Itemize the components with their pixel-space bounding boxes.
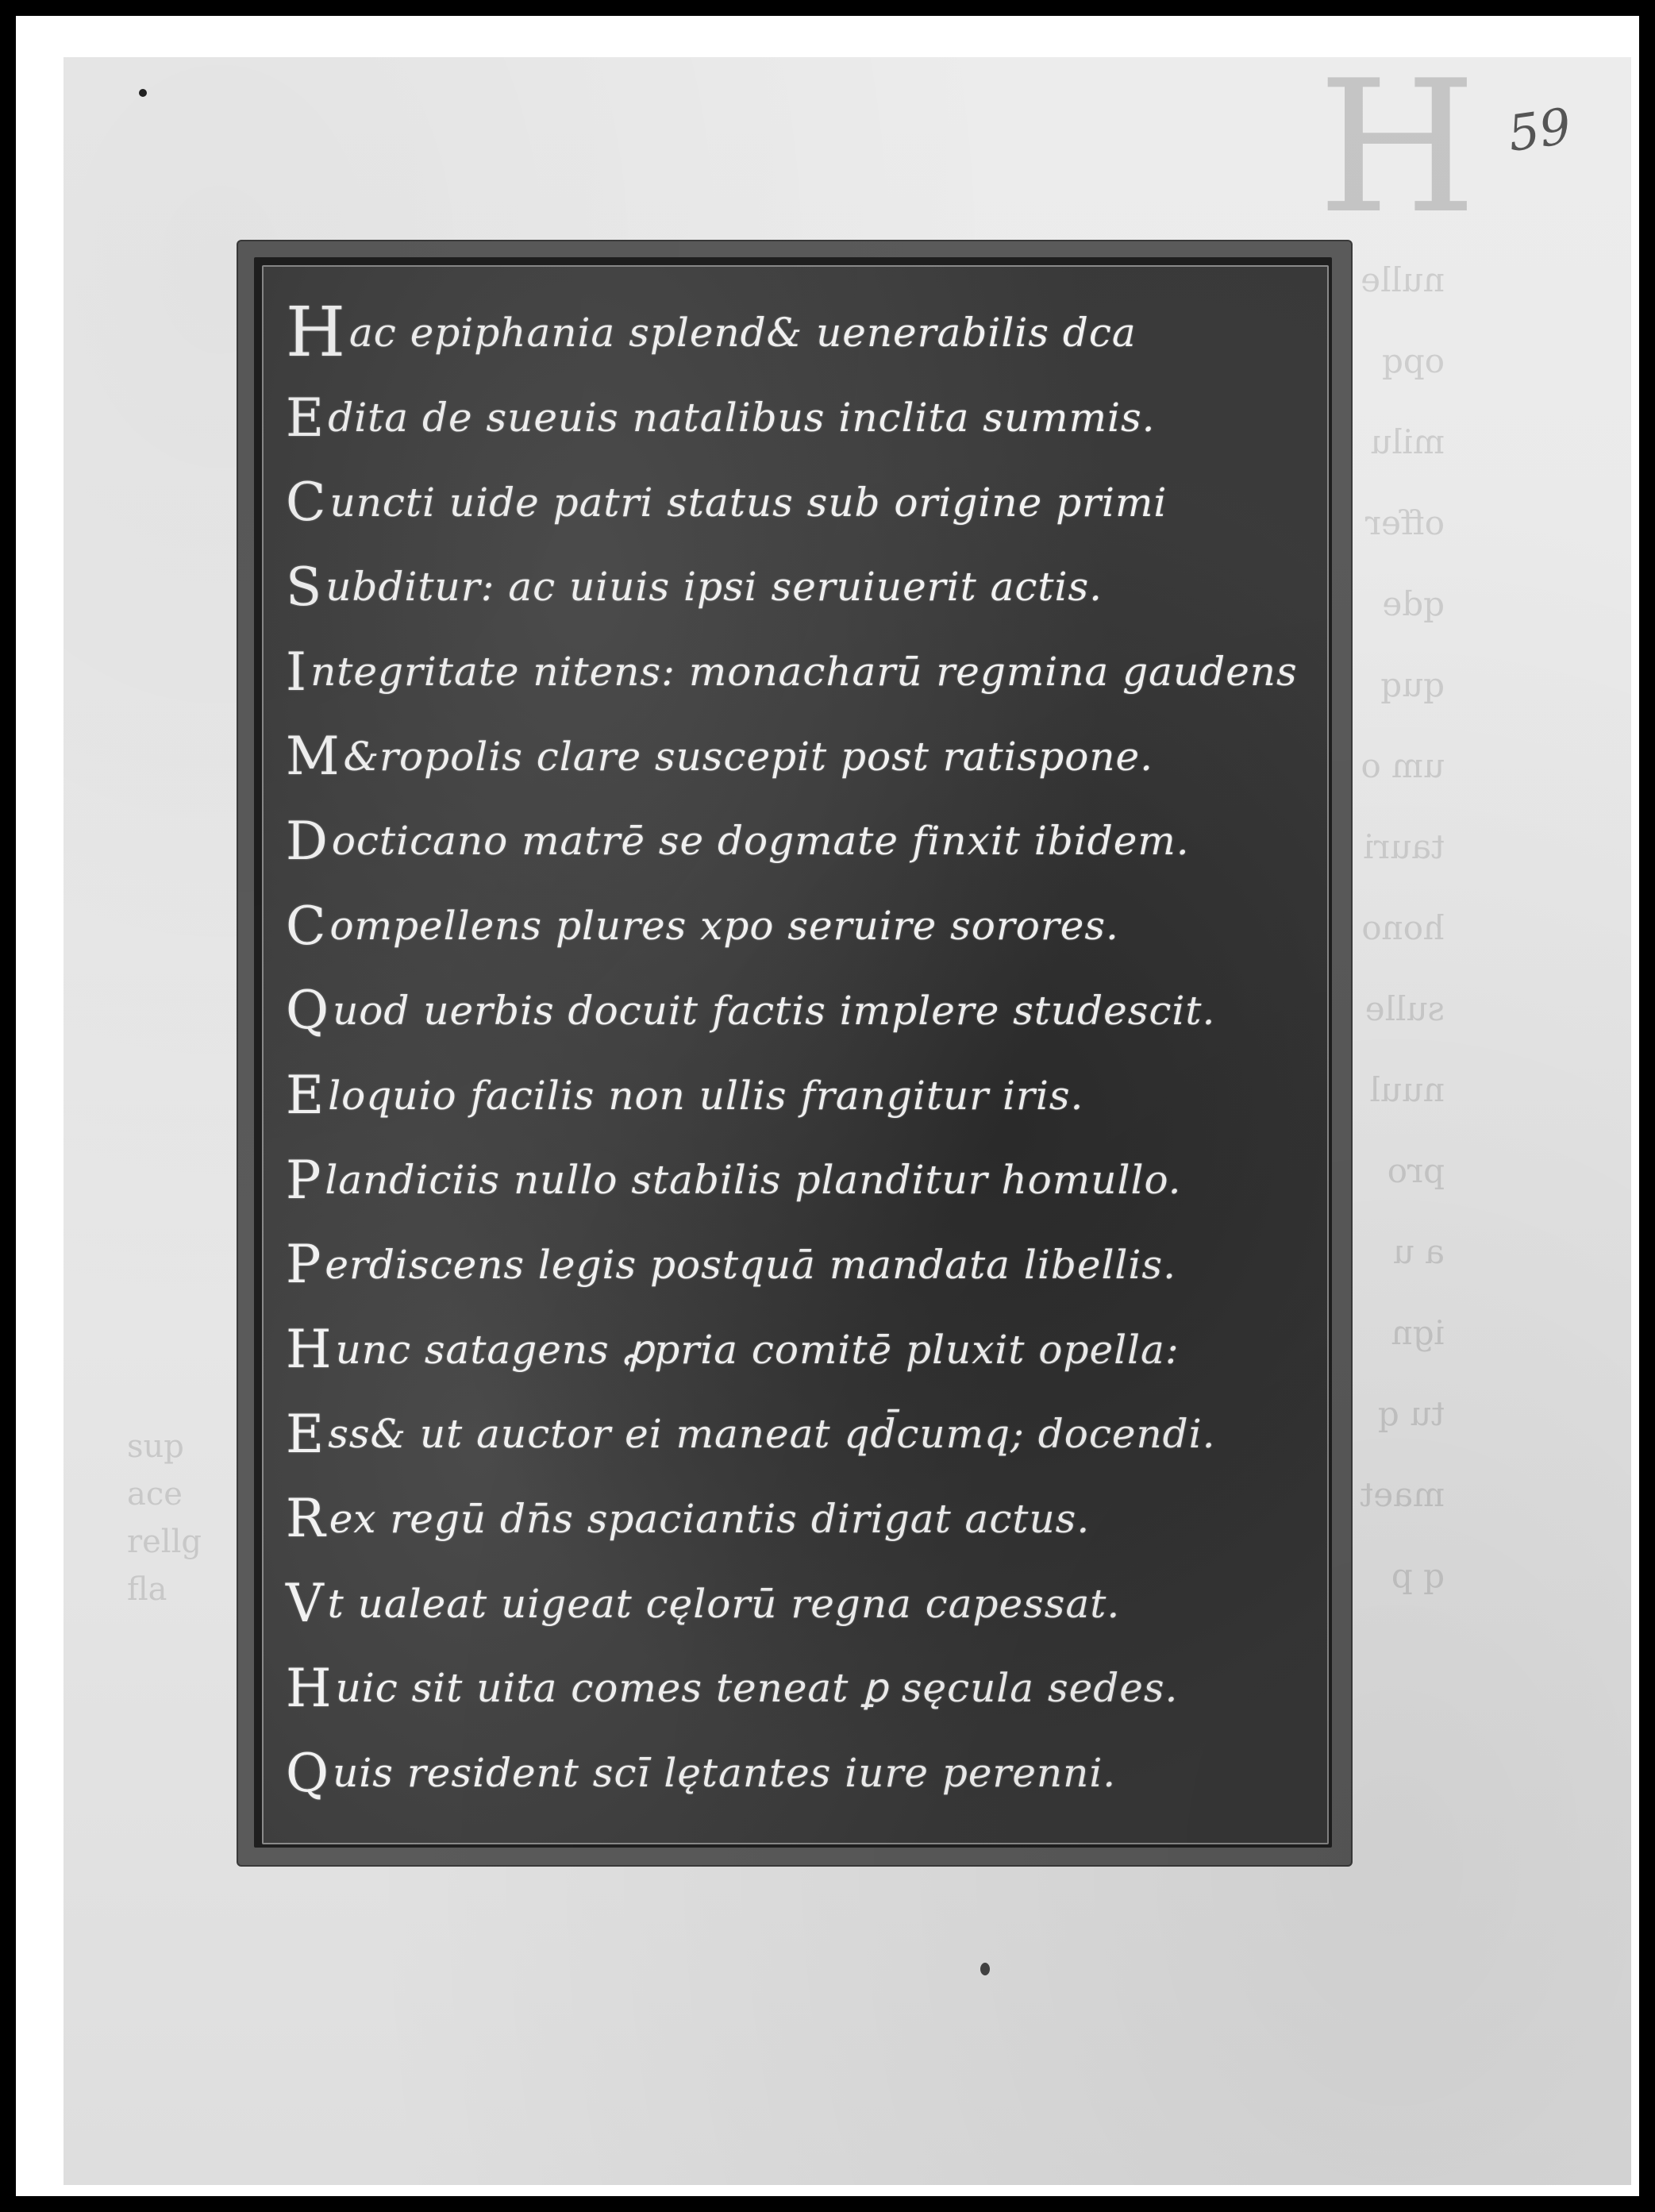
verse-line: Perdiscens legis postquā mandata libelli… (286, 1223, 1318, 1308)
ink-speck (980, 1963, 990, 1975)
verse-initial: M (286, 726, 341, 787)
verse-initial: Q (286, 1743, 329, 1804)
verse-text: &ropolis clare suscepit post ratispone. (344, 734, 1153, 780)
verse-initial: E (286, 1404, 325, 1465)
verse-initial: R (286, 1488, 326, 1549)
showthrough-fragment: fla (127, 1566, 222, 1613)
verse-line: Compellens plures xpo seruire sorores. (286, 884, 1318, 969)
verse-initial: P (286, 1234, 321, 1295)
showthrough-fragment: ace (127, 1470, 222, 1518)
purple-text-panel: Hac epiphania splend& uenerabilis dcaEdi… (238, 241, 1351, 1865)
verse-text: landiciis nullo stabilis planditur homul… (325, 1157, 1181, 1203)
verse-line: Huic sit uita comes teneat ꝑ sęcula sede… (286, 1646, 1318, 1731)
folio-number: 59 (1504, 97, 1574, 163)
verse-line: Cuncti uide patri status sub origine pri… (286, 460, 1318, 545)
verse-text: octicano matrē se dogmate finxit ibidem. (332, 818, 1190, 864)
showthrough-left-margin: supacerellgfla (127, 1423, 222, 1613)
verse-text: uis resident scī lętantes iure perenni. (333, 1750, 1116, 1796)
verse-line: Hunc satagens ꝓpria comitē pluxit opella… (286, 1307, 1318, 1392)
verse-block: Hac epiphania splend& uenerabilis dcaEdi… (286, 291, 1318, 1815)
verse-initial: H (286, 293, 346, 372)
verse-line: Rex regū dn̄s spaciantis dirigat actus. (286, 1477, 1318, 1562)
verse-text: uncti uide patri status sub origine prim… (330, 480, 1168, 526)
verse-text: erdiscens legis postquā mandata libellis… (325, 1242, 1176, 1288)
verse-initial: Q (286, 980, 329, 1041)
showthrough-initial: H (1318, 57, 1477, 240)
verse-text: ss& ut auctor ei maneat qd̄cumq; docendi… (328, 1411, 1215, 1457)
verse-text: loquio facilis non ullis frangitur iris. (328, 1073, 1083, 1119)
verse-text: ac epiphania splend& uenerabilis dca (349, 310, 1137, 356)
verse-line: Eloquio facilis non ullis frangitur iris… (286, 1053, 1318, 1138)
ink-speck (139, 89, 147, 97)
verse-text: ompellens plures xpo seruire sorores. (330, 903, 1119, 949)
parchment-folio: H nulleopqmiluofferqdeququm otaurihonosu… (64, 57, 1631, 2185)
verse-initial: H (286, 1319, 333, 1380)
verse-initial: S (286, 557, 322, 618)
verse-text: ex regū dn̄s spaciantis dirigat actus. (329, 1496, 1091, 1542)
verse-initial: D (286, 811, 329, 872)
verse-initial: V (286, 1573, 325, 1634)
showthrough-fragment: sup (127, 1423, 222, 1470)
verse-text: ubditur: ac uiuis ipsi seruiuerit actis. (325, 564, 1103, 610)
verse-text: uod uerbis docuit factis implere studesc… (333, 988, 1215, 1034)
verse-text: dita de sueuis natalibus inclita summis. (328, 395, 1155, 441)
verse-text: unc satagens ꝓpria comitē pluxit opella: (336, 1327, 1180, 1373)
photo-mount: H nulleopqmiluofferqdeququm otaurihonosu… (16, 16, 1639, 2196)
verse-line: Quis resident scī lętantes iure perenni. (286, 1731, 1318, 1816)
showthrough-fragment: rellg (127, 1518, 222, 1566)
verse-line: Plandiciis nullo stabilis planditur homu… (286, 1138, 1318, 1223)
verse-text: t ualeat uigeat cęlorū regna capessat. (328, 1581, 1121, 1627)
verse-line: Integritate nitens: monacharū regmina ga… (286, 630, 1318, 715)
verse-text: ntegritate nitens: monacharū regmina gau… (310, 649, 1298, 695)
verse-initial: E (286, 1065, 325, 1126)
verse-line: Subditur: ac uiuis ipsi seruiuerit actis… (286, 545, 1318, 630)
verse-text: uic sit uita comes teneat ꝑ sęcula sedes… (336, 1665, 1179, 1711)
verse-line: Vt ualeat uigeat cęlorū regna capessat. (286, 1561, 1318, 1646)
verse-line: Hac epiphania splend& uenerabilis dca (286, 291, 1318, 376)
verse-initial: C (286, 896, 327, 957)
verse-line: Quod uerbis docuit factis implere studes… (286, 969, 1318, 1054)
verse-initial: P (286, 1150, 321, 1211)
verse-initial: I (286, 642, 307, 703)
verse-initial: H (286, 1658, 333, 1719)
verse-line: Edita de sueuis natalibus inclita summis… (286, 376, 1318, 461)
verse-line: Ess& ut auctor ei maneat qd̄cumq; docend… (286, 1392, 1318, 1477)
verse-line: M&ropolis clare suscepit post ratispone. (286, 714, 1318, 799)
verse-initial: C (286, 472, 327, 533)
verse-initial: E (286, 387, 325, 449)
verse-line: Docticano matrē se dogmate finxit ibidem… (286, 799, 1318, 884)
